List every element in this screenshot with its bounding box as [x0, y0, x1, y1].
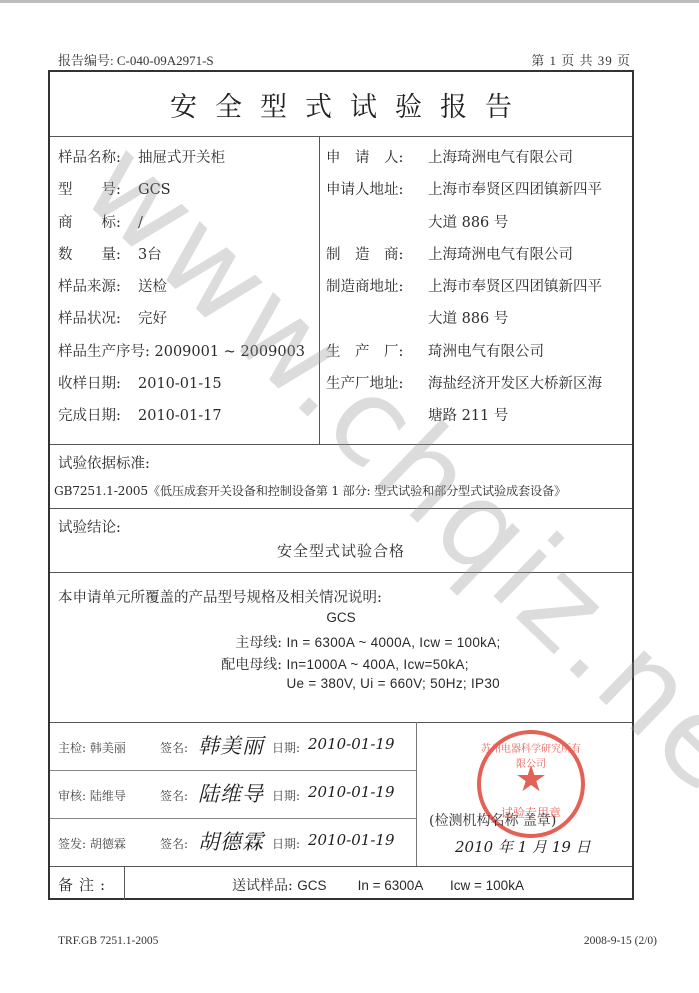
sample-row: 样品状况:完好 — [58, 303, 318, 335]
handwritten-signature: 陆维导 — [198, 778, 264, 808]
form-version: 2008-9-15 (2/0) — [584, 935, 657, 947]
title-row: 安全型式试验报告 — [50, 72, 632, 137]
sample-row: 样品来源:送检 — [58, 271, 318, 303]
info-section: 样品名称:抽屉式开关柜 型 号:GCS 商 标:/ 数 量:3台 样品来源:送检… — [50, 136, 632, 445]
spec-intro: 本申请单元所覆盖的产品型号规格及相关情况说明: — [58, 586, 382, 607]
party-row: 生产厂地址:海盐经济开发区大桥新区海 — [326, 368, 636, 400]
spec-model: GCS — [50, 610, 632, 625]
form-code: TRF.GB 7251.1-2005 — [58, 935, 158, 947]
handwritten-date: 2010-01-19 — [308, 831, 394, 849]
conclusion-heading: 试验结论: — [58, 516, 121, 537]
remarks-value: 送试样品: GCS In = 6300A Icw = 100kA — [124, 875, 632, 895]
party-info: 申 请 人:上海琦洲电气有限公司 申请人地址:上海市奉贤区四团镇新四平 大道 8… — [326, 142, 636, 433]
report-number: 报告编号: C-040-09A2971-S — [58, 50, 214, 69]
seal-date: 2010 年 1 月 19 日 — [455, 836, 591, 857]
signature-row-reviewer: 审核: 陆维导 签名: 陆维导 日期: 2010-01-19 — [50, 770, 416, 819]
conclusion-section: 试验结论: 安全型式试验合格 — [50, 508, 632, 573]
column-divider — [319, 136, 320, 444]
party-row: 塘路 211 号 — [326, 400, 636, 432]
party-row: 制造商地址:上海市奉贤区四团镇新四平 — [326, 271, 636, 303]
sample-row: 完成日期:2010-01-17 — [58, 400, 318, 432]
top-edge — [0, 0, 699, 3]
sample-row: 型 号:GCS — [58, 174, 318, 206]
sample-row: 商 标:/ — [58, 207, 318, 239]
remarks-label: 备注: — [58, 874, 111, 895]
party-row: 申请人地址:上海市奉贤区四团镇新四平 — [326, 174, 636, 206]
page-title: 安全型式试验报告 — [152, 85, 530, 124]
party-row: 大道 886 号 — [326, 303, 636, 335]
sample-info: 样品名称:抽屉式开关柜 型 号:GCS 商 标:/ 数 量:3台 样品来源:送检… — [58, 142, 318, 433]
report-form: 安全型式试验报告 样品名称:抽屉式开关柜 型 号:GCS 商 标:/ 数 量:3… — [48, 70, 634, 900]
signature-row-issuer: 签发: 胡德霖 签名: 胡德霖 日期: 2010-01-19 — [50, 818, 416, 866]
spec-row: Ue = 380V, Ui = 660V; 50Hz; IP30 — [198, 676, 500, 692]
signature-section: 主检: 韩美丽 签名: 韩美丽 日期: 2010-01-19 审核: 陆维导 签… — [50, 722, 632, 867]
conclusion-text: 安全型式试验合格 — [50, 540, 632, 561]
party-row: 生 产 厂:琦洲电气有限公司 — [326, 336, 636, 368]
standard-text: GB7251.1-2005《低压成套开关设备和控制设备第 1 部分: 型式试验和… — [54, 482, 566, 499]
stamp-area: 苏州电器科学研究所有限公司 ★ 试验专用章 (检测机构名称 盖章) 2010 年… — [417, 722, 636, 866]
signature-row-inspector: 主检: 韩美丽 签名: 韩美丽 日期: 2010-01-19 — [50, 722, 416, 771]
sample-row: 收样日期:2010-01-15 — [58, 368, 318, 400]
party-row: 制 造 商:上海琦洲电气有限公司 — [326, 239, 636, 271]
standard-heading: 试验依据标准: — [58, 452, 150, 473]
party-row: 大道 886 号 — [326, 207, 636, 239]
spec-row: 配电母线: In=1000A ~ 400A, Icw=50kA; — [198, 654, 469, 674]
page-info: 第 1 页 共 39 页 — [531, 50, 631, 69]
spec-section: 本申请单元所覆盖的产品型号规格及相关情况说明: GCS 主母线: In = 63… — [50, 572, 632, 723]
seal-label: (检测机构名称 盖章) — [429, 810, 556, 830]
party-row: 申 请 人:上海琦洲电气有限公司 — [326, 142, 636, 174]
handwritten-date: 2010-01-19 — [308, 783, 394, 801]
report-number-label: 报告编号: — [58, 53, 114, 68]
sample-row: 数 量:3台 — [58, 239, 318, 271]
standard-section: 试验依据标准: GB7251.1-2005《低压成套开关设备和控制设备第 1 部… — [50, 444, 632, 509]
remarks-section: 备注: 送试样品: GCS In = 6300A Icw = 100kA — [50, 866, 632, 900]
spec-row: 主母线: In = 6300A ~ 4000A, Icw = 100kA; — [198, 632, 501, 652]
report-number-value: C-040-09A2971-S — [117, 53, 214, 68]
handwritten-date: 2010-01-19 — [308, 735, 394, 753]
handwritten-signature: 韩美丽 — [198, 730, 264, 760]
star-icon: ★ — [481, 762, 581, 798]
sample-row: 样品名称:抽屉式开关柜 — [58, 142, 318, 174]
handwritten-signature: 胡德霖 — [198, 826, 264, 856]
sample-row: 样品生产序号: 2009001 ~ 2009003 — [58, 336, 318, 368]
